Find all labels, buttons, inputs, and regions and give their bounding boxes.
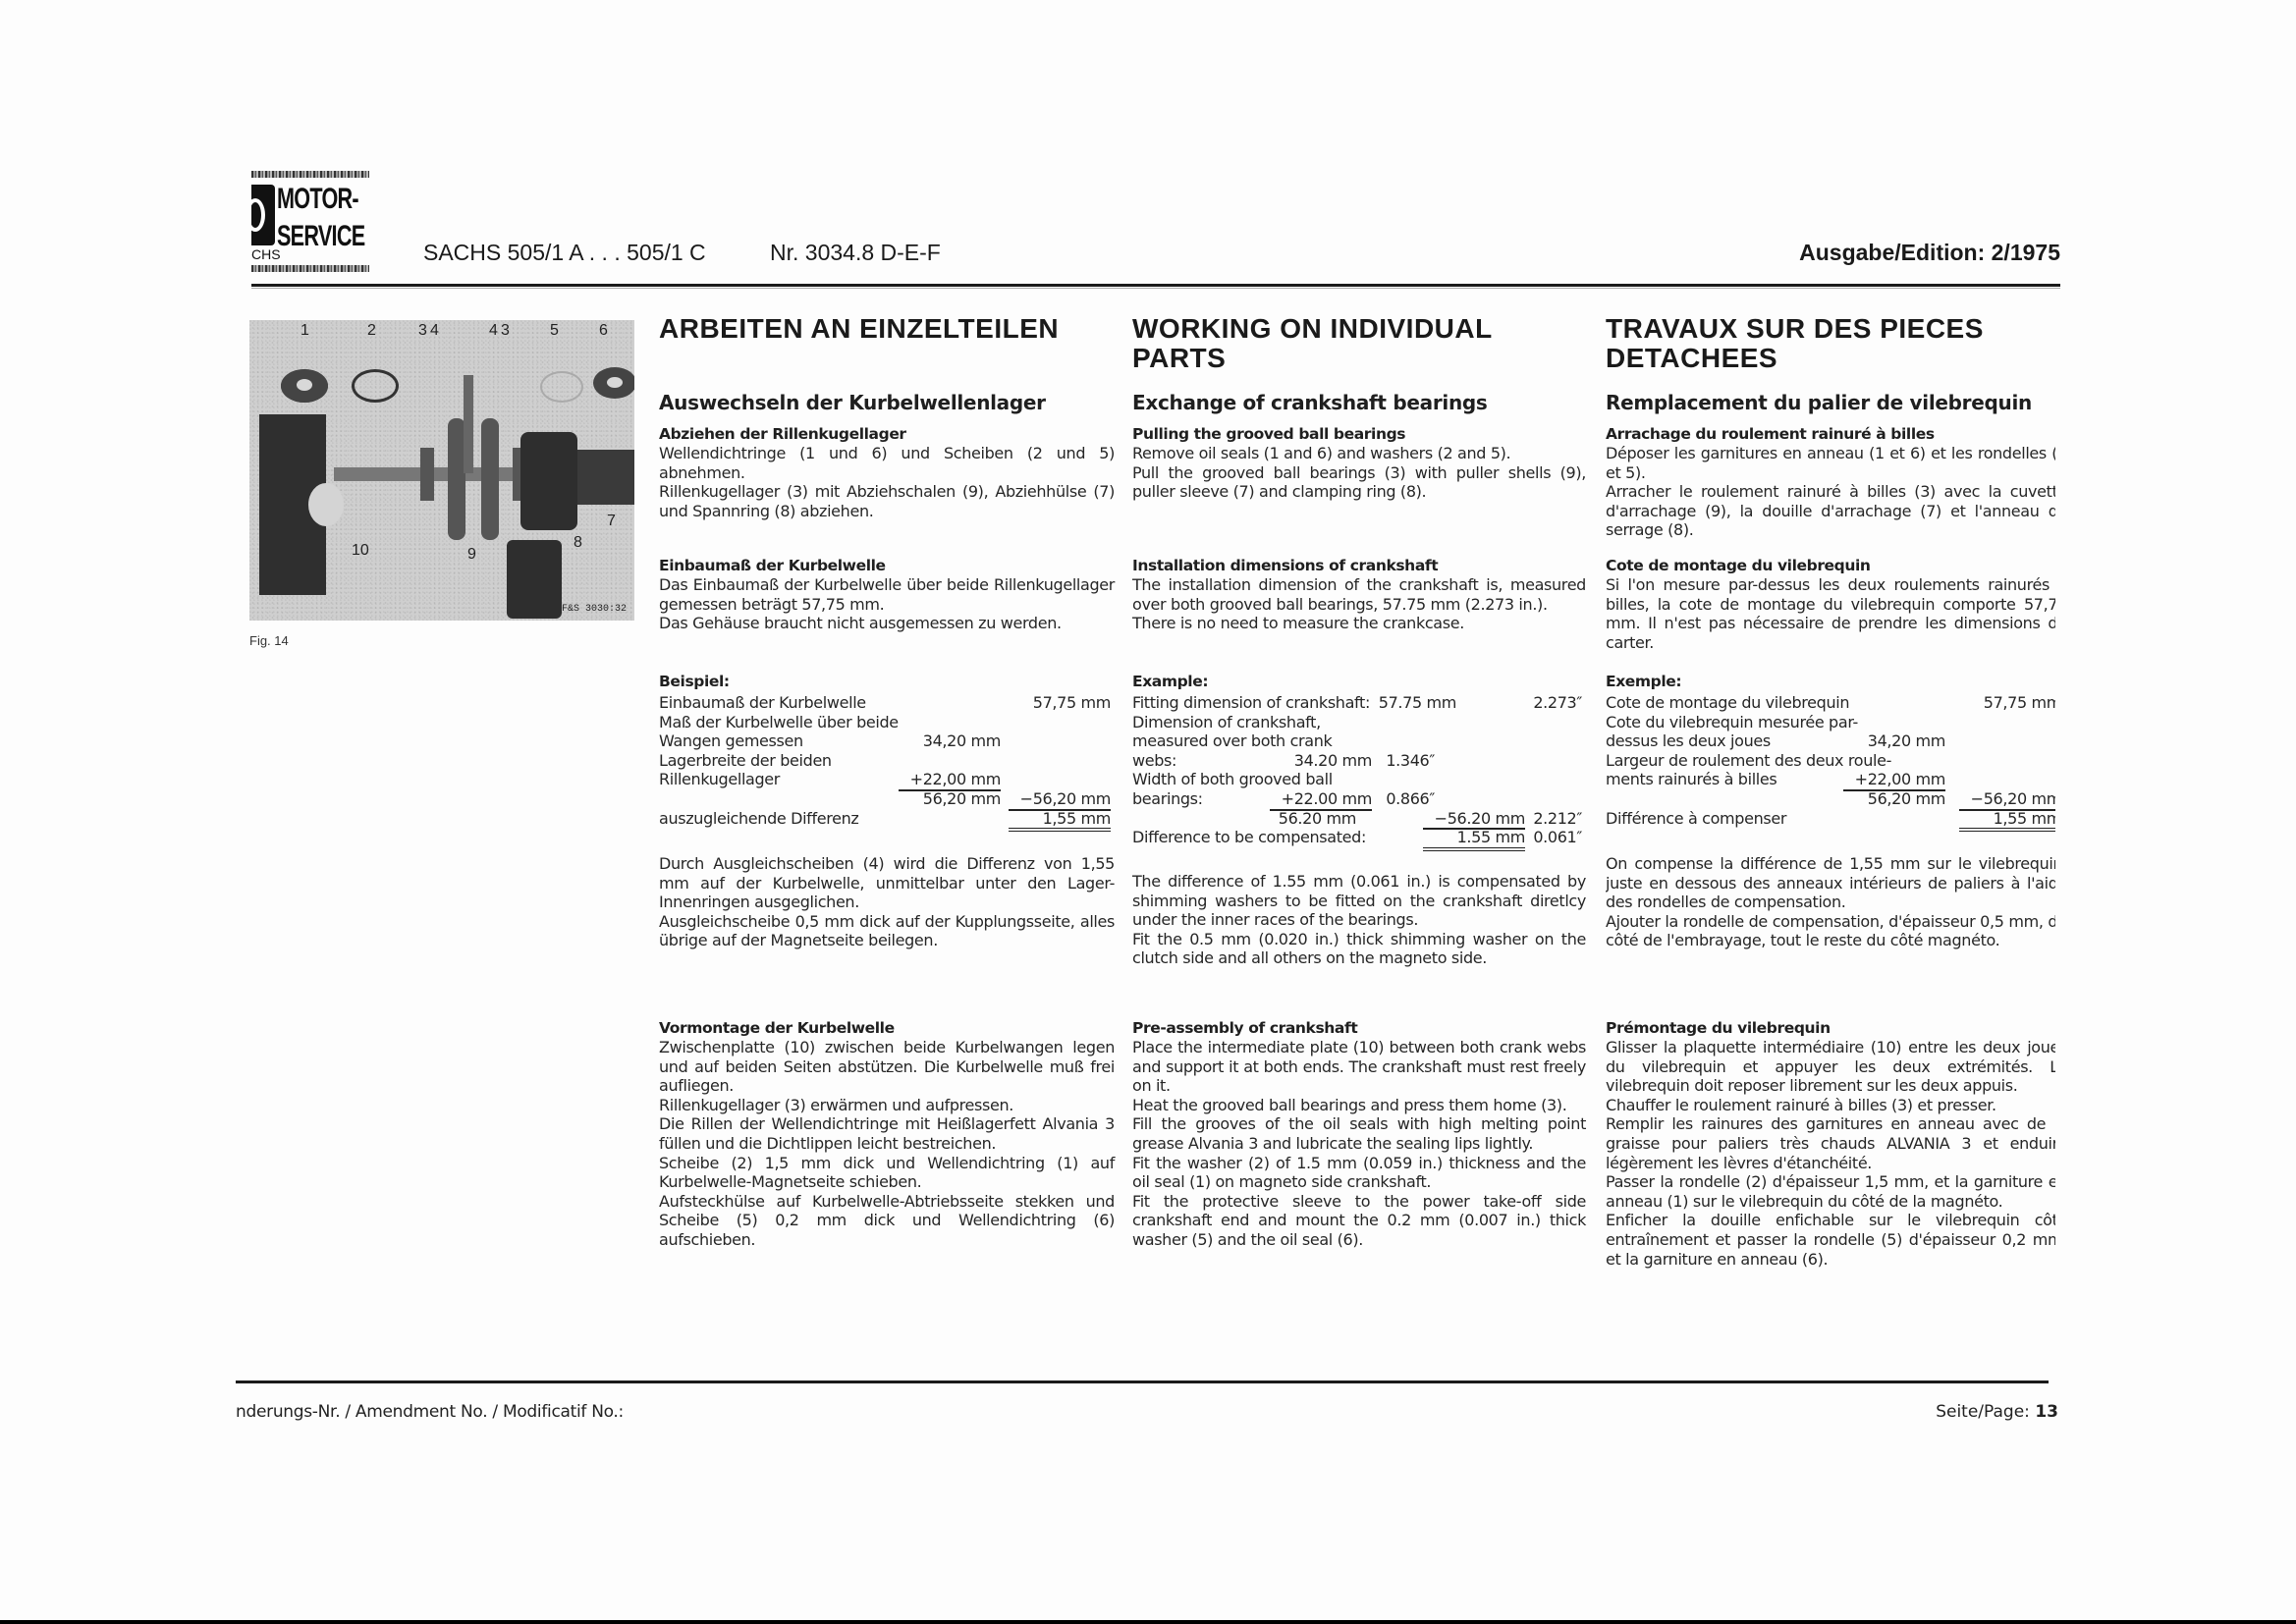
calc-value: 34.20 mm — [1294, 751, 1372, 771]
text-pulling-fr: Déposer les garnitures en anneau (1 et 6… — [1606, 444, 2055, 540]
calc-label: Cote du vilebrequin mesurée par- — [1606, 713, 1858, 731]
calculation-de: Einbaumaß der Kurbelwelle57,75 mm Maß de… — [659, 693, 1115, 828]
callout-6: 6 — [599, 322, 608, 340]
calc-subtotal: 56.20 mm — [1279, 809, 1356, 829]
edition-label: Ausgabe/Edition: 2/1975 — [1799, 240, 2060, 266]
scan-edge — [0, 1620, 2296, 1624]
crank-web-right — [481, 418, 499, 540]
heading-pulling-en: Pulling the grooved ball bearings — [1132, 424, 1586, 444]
page-indicator: Seite/Page: 13 — [1936, 1402, 2058, 1422]
heading-installation-en: Installation dimensions of crankshaft — [1132, 556, 1586, 575]
header-rule-shadow — [251, 288, 2060, 289]
calc-label: Einbaumaß der Kurbelwelle — [659, 693, 866, 712]
washer-2-illustration — [352, 369, 399, 403]
calc-label: Cote de montage du vilebrequin — [1606, 693, 1849, 712]
calculation-en: Fitting dimension of crankshaft:57.75 mm… — [1132, 693, 1586, 847]
calc-label: Width of both grooved ball — [1132, 770, 1333, 788]
calc-total: 57.75 mm — [1379, 693, 1456, 713]
callout-1: 1 — [301, 322, 309, 340]
heading-preassembly-fr: Prémontage du vilebrequin — [1606, 1018, 2055, 1038]
sachs-emblem-icon — [251, 185, 275, 245]
amendment-label: nderungs-Nr. / Amendment No. / Modificat… — [236, 1402, 624, 1422]
calc-label: auszugleichende Differenz — [659, 809, 858, 828]
logo-stripe — [251, 265, 369, 272]
callout-4: 4 — [430, 322, 439, 340]
text-preassembly-en: Place the intermediate plate (10) betwee… — [1132, 1038, 1586, 1250]
callout-3b: 3 — [501, 322, 510, 340]
heading-preassembly-de: Vormontage der Kurbelwelle — [659, 1018, 1115, 1038]
text-preassembly-fr: Glisser la plaquette intermédiaire (10) … — [1606, 1038, 2055, 1269]
puller-shells-9-illustration — [507, 540, 562, 619]
text-installation-fr: Si l'on mesure par-dessus les deux roule… — [1606, 575, 2055, 652]
subtitle-fr: Remplacement du palier de vilebrequin — [1606, 391, 2055, 414]
calc-inch: 1.346″ — [1386, 751, 1435, 771]
calc-value: 34,20 mm — [923, 731, 1001, 751]
figure-crankshaft-exploded: 1 2 3 4 4 3 5 6 7 8 9 10 F&S 3030:32 — [249, 320, 634, 621]
page-number: 13 — [2035, 1402, 2058, 1422]
page-label: Seite/Page: — [1936, 1402, 2030, 1422]
calc-total: −56.20 mm — [1423, 809, 1525, 831]
calc-label: Rillenkugellager — [659, 770, 780, 788]
header-rule — [251, 284, 2060, 287]
section-title-fr: TRAVAUX SUR DES PIECES DETACHEES — [1606, 314, 2018, 373]
plate-cutout — [308, 483, 344, 526]
calc-label: bearings: — [1132, 789, 1203, 808]
logo-stripe — [251, 171, 369, 178]
subtitle-en: Exchange of crankshaft bearings — [1132, 391, 1586, 414]
text-installation-de: Das Einbaumaß der Kurbelwelle über beide… — [659, 575, 1115, 633]
calc-result: 1,55 mm — [1009, 809, 1111, 833]
clamping-ring-8-illustration — [520, 432, 577, 530]
washer-5-illustration — [540, 371, 583, 403]
text-preassembly-de: Zwischenplatte (10) zwischen beide Kurbe… — [659, 1038, 1115, 1250]
calc-inch: 0.866″ — [1386, 789, 1435, 809]
calc-subtotal: 56,20 mm — [1868, 789, 1945, 809]
text-compensation-de: Durch Ausgleichscheiben (4) wird die Dif… — [659, 854, 1115, 950]
text-compensation-en: The difference of 1.55 mm (0.061 in.) is… — [1132, 872, 1586, 968]
logo-brand-fragment: CHS — [251, 247, 281, 261]
calc-total: 57,75 mm — [1033, 693, 1111, 713]
callout-7: 7 — [607, 513, 616, 530]
calc-label: Différence à compenser — [1606, 809, 1786, 828]
calc-total: −56,20 mm — [1959, 789, 2055, 811]
calc-label: Fitting dimension of crankshaft: — [1132, 693, 1370, 712]
example-label-de: Beispiel: — [659, 672, 1115, 691]
calc-label: measured over both crank — [1132, 731, 1332, 750]
text-pulling-en: Remove oil seals (1 and 6) and washers (… — [1132, 444, 1586, 502]
calc-inch: 2.273″ — [1533, 693, 1582, 713]
calc-value: +22.00 mm — [1270, 789, 1372, 811]
calc-subtotal: 56,20 mm — [923, 789, 1001, 809]
calc-inch: 0.061″ — [1533, 828, 1582, 847]
figure-code: F&S 3030:32 — [562, 604, 627, 615]
callout-5: 5 — [550, 322, 559, 340]
connecting-rod — [464, 375, 473, 473]
puller-sleeve-7-illustration — [577, 450, 634, 505]
text-pulling-de: Wellendichtringe (1 und 6) und Scheiben … — [659, 444, 1115, 520]
heading-installation-fr: Cote de montage du vilebrequin — [1606, 556, 2055, 575]
text-installation-en: The installation dimension of the cranks… — [1132, 575, 1586, 633]
document-number: Nr. 3034.8 D-E-F — [770, 240, 941, 266]
motor-service-logo: MOTOR- SERVICE CHS — [251, 171, 369, 273]
heading-installation-de: Einbaumaß der Kurbelwelle — [659, 556, 1115, 575]
text-compensation-fr: On compense la différence de 1,55 mm sur… — [1606, 854, 2055, 950]
figure-caption: Fig. 14 — [249, 633, 289, 648]
calc-value: 34,20 mm — [1868, 731, 1945, 751]
calc-label: dessus les deux joues — [1606, 731, 1771, 750]
callout-3: 3 — [418, 322, 427, 340]
calc-label: Dimension of crankshaft, — [1132, 713, 1321, 731]
calc-value: +22,00 mm — [1843, 770, 1945, 791]
heading-pulling-fr: Arrachage du roulement rainuré à billes — [1606, 424, 2055, 444]
heading-pulling-de: Abziehen der Rillenkugellager — [659, 424, 1115, 444]
model-designation: SACHS 505/1 A . . . 505/1 C — [423, 240, 706, 266]
calc-value: +22,00 mm — [899, 770, 1001, 791]
calc-label: Wangen gemessen — [659, 731, 803, 750]
oil-seal-6-hole — [607, 377, 623, 388]
callout-10: 10 — [352, 542, 369, 560]
oil-seal-1-hole — [297, 379, 312, 391]
logo-line-1: MOTOR- — [277, 185, 358, 214]
calc-result: 1.55 mm — [1423, 828, 1525, 851]
footer-rule — [236, 1380, 2049, 1383]
example-label-en: Example: — [1132, 672, 1586, 691]
calculation-fr: Cote de montage du vilebrequin57,75 mm C… — [1606, 693, 2055, 828]
callout-9: 9 — [467, 546, 476, 564]
column-french: TRAVAUX SUR DES PIECES DETACHEES Remplac… — [1606, 314, 2055, 1375]
calc-total: −56,20 mm — [1009, 789, 1111, 811]
calc-label: ments rainurés à billes — [1606, 770, 1777, 788]
calc-label: Lagerbreite der beiden — [659, 751, 832, 770]
calc-inch: 2.212″ — [1533, 809, 1582, 829]
bearing-3-left — [420, 448, 434, 501]
callout-2: 2 — [367, 322, 376, 340]
heading-preassembly-en: Pre-assembly of crankshaft — [1132, 1018, 1586, 1038]
callout-4b: 4 — [489, 322, 498, 340]
calc-label: webs: — [1132, 751, 1176, 770]
section-title-en: WORKING ON INDIVIDUAL PARTS — [1132, 314, 1525, 373]
logo-line-2: SERVICE — [277, 222, 364, 251]
section-title-de: ARBEITEN AN EINZELTEILEN — [659, 314, 1115, 344]
callout-8: 8 — [574, 534, 582, 552]
subtitle-de: Auswechseln der Kurbelwellenlager — [659, 391, 1115, 414]
calc-total: 57,75 mm — [1984, 693, 2055, 713]
example-label-fr: Exemple: — [1606, 672, 2055, 691]
calc-label: Difference to be compensated: — [1132, 828, 1366, 846]
calc-label: Largeur de roulement des deux roule- — [1606, 751, 1891, 770]
calc-result: 1,55 mm — [1959, 809, 2055, 833]
calc-label: Maß der Kurbelwelle über beide — [659, 713, 899, 731]
